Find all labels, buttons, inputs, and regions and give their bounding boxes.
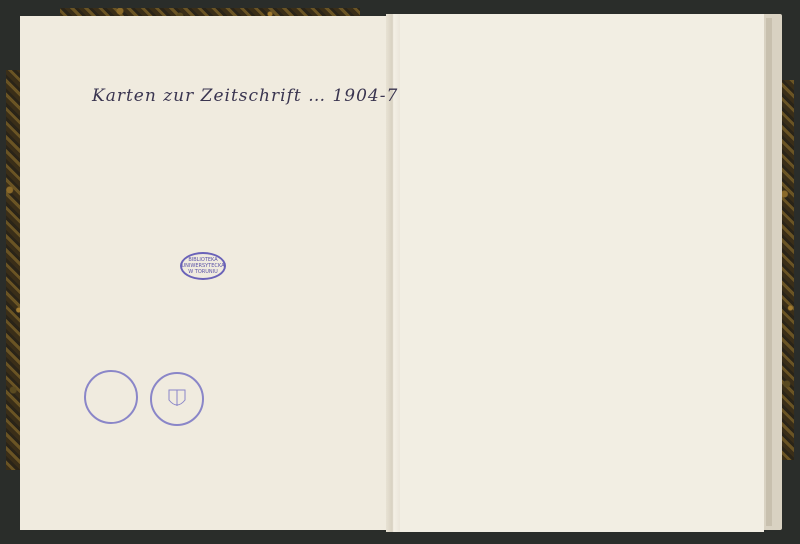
marbled-board-right — [782, 80, 794, 460]
library-stamp-round-2 — [150, 372, 204, 426]
crest-icon — [166, 386, 188, 412]
page-stack-edge-inner — [766, 18, 772, 526]
handwritten-title: Karten zur Zeitschrift … 1904-7 — [92, 86, 398, 106]
library-stamp-round-1 — [84, 370, 138, 424]
library-stamp-oval: BIBLIOTEKA UNIWERSYTECKA W TORUNIU — [180, 252, 226, 280]
stamp-line-3: W TORUNIU — [188, 269, 218, 275]
right-page — [392, 14, 764, 532]
